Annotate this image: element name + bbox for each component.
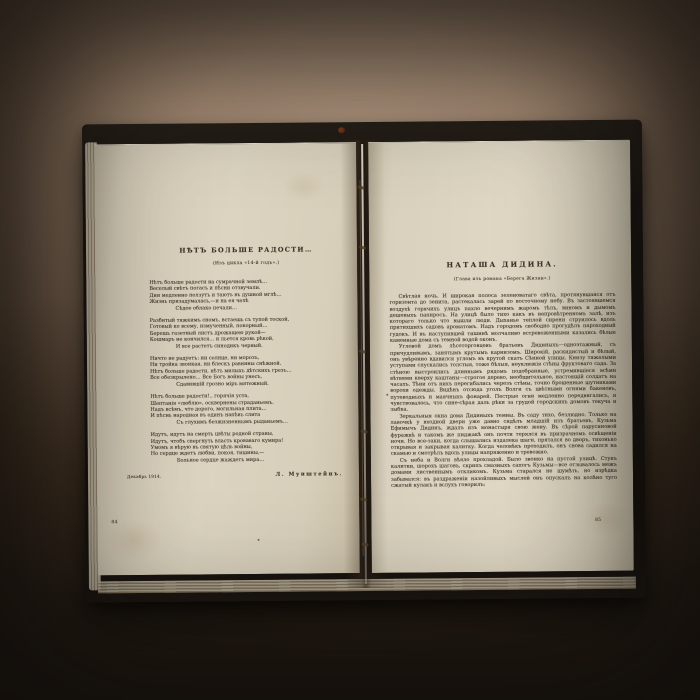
prose-paragraph: Свѣтлая ночь. И широкая полоса зеленоват… — [389, 292, 615, 344]
right-page-content: НАТАША ДИДИНА. (Глава изъ романа «Берега… — [368, 141, 634, 573]
paper-speck — [258, 539, 260, 541]
poem: Нѣтъ больше радости на сумрачной землѣ…В… — [149, 278, 345, 464]
poem-author-signature: Л. Мунштейнъ. — [276, 471, 343, 478]
poem-stanza: Идутъ, идутъ на смерть цвѣты родной стра… — [151, 430, 345, 464]
poem-line: Больное сердце жаждетъ мира… — [151, 456, 345, 464]
poem-stanza: Разбитый тяжкимъ сномъ, встаешь съ тупой… — [150, 316, 344, 350]
poem-title: НѢТЪ БОЛЬШЕ РАДОСТИ… — [149, 245, 343, 255]
photo-background: НѢТЪ БОЛЬШЕ РАДОСТИ… (Изъ цикла «14-й го… — [0, 0, 700, 700]
right-page: НАТАША ДИДИНА. (Глава изъ романа «Берега… — [368, 140, 634, 573]
poem-stanza: Нѣтъ больше радости на сумрачной землѣ…В… — [149, 278, 343, 312]
prose-paragraph: Угловой домъ лѣсоторговцевъ братьевъ Дид… — [390, 342, 617, 413]
poem-line: И все растетъ синодикъ черный. — [150, 342, 344, 350]
poem-footer: Декабрь 1914. Л. Мунштейнъ. — [151, 471, 345, 479]
story-text: Свѣтлая ночь. И широкая полоса зеленоват… — [389, 292, 617, 489]
poem-line: Съ глухимъ безжизненнымъ рыданьемъ… — [151, 418, 345, 426]
poem-date: Декабрь 1914. — [127, 474, 161, 479]
left-page: НѢТЪ БОЛЬШЕ РАДОСТИ… (Изъ цикла «14-й го… — [94, 142, 360, 575]
open-book: НѢТЪ БОЛЬШЕ РАДОСТИ… (Изъ цикла «14-й го… — [82, 120, 646, 603]
right-page-number: 85 — [595, 518, 601, 523]
left-page-number: 84 — [111, 520, 117, 525]
poem-stanza: Нѣтъ больше радости!.. горячія уста,Шепт… — [150, 392, 344, 426]
left-page-content: НѢТЪ БОЛЬШЕ РАДОСТИ… (Изъ цикла «14-й го… — [94, 143, 360, 575]
prose-paragraph: Съ неба и Волги вѣяло прохладой. Было зв… — [391, 456, 617, 489]
story-title: НАТАША ДИДИНА. — [389, 259, 615, 270]
poem-line: Сдавившій грозно міръ мятежный. — [150, 380, 344, 388]
poem-line: Сѣдое облако печали… — [150, 304, 344, 312]
paper-speck — [386, 394, 388, 396]
poem-stanza: Ничто не радуетъ: ни солнце, ни морозъ,Н… — [150, 354, 344, 388]
story-subtitle: (Глава изъ романа «Берега Жизни».) — [389, 276, 615, 283]
prose-paragraph: Зеркальныя окна дома Дидиныхъ темны. Въ … — [390, 411, 616, 457]
rust-spot — [338, 127, 345, 133]
poem-subtitle: (Изъ цикла «14-й годъ».) — [149, 260, 343, 267]
